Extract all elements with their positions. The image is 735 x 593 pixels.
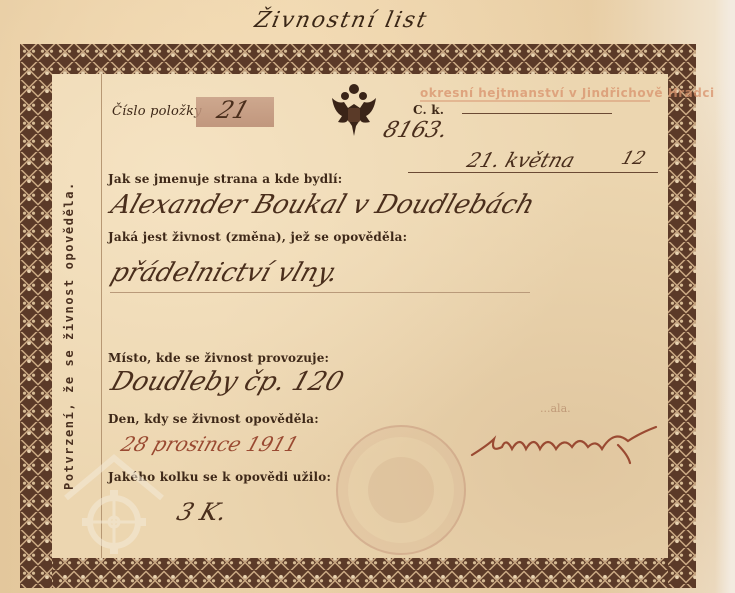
signature-scribble: [468, 425, 668, 470]
faint-print: ...ala.: [540, 402, 571, 415]
house-gear-watermark-icon: [62, 450, 172, 560]
frame-border-left: [20, 44, 52, 588]
office-stamp-text: okresní hejtmanství v Jindřichově Hradci: [420, 86, 650, 102]
frame-border-bottom: [20, 558, 696, 588]
place-value: Doudleby čp. 120: [107, 367, 347, 397]
margin-confirmation-text: Potvrzení, že se živnost opověděla.: [62, 181, 76, 490]
registry-number: 8163.: [380, 118, 451, 143]
registry-prefix: C. k.: [413, 103, 444, 117]
place-label: Místo, kde se živnost provozuje:: [108, 351, 329, 365]
trade-value: přádelnictví vlny.: [107, 258, 342, 288]
registry-date: 21. května: [464, 148, 578, 172]
official-seal: [336, 425, 466, 555]
seal-center: [368, 457, 434, 523]
header-handwritten-title: Živnostní list: [252, 8, 430, 33]
frame-border-top: [20, 44, 696, 74]
trade-rule: [110, 292, 530, 293]
double-headed-eagle-icon: [326, 82, 382, 140]
registry-rule: [462, 113, 612, 114]
page-edge: [715, 0, 735, 593]
stamp-duty-value: 3 K.: [173, 498, 231, 526]
item-number-label: Číslo položky: [112, 104, 202, 119]
date-registered-label: Den, kdy se živnost opověděla:: [108, 412, 319, 426]
trade-label: Jaká jest živnost (změna), jež se opověd…: [108, 230, 407, 244]
date-rule: [408, 172, 658, 173]
frame-border-right: [668, 44, 696, 588]
party-name-value: Alexander Boukal v Doudlebách: [107, 190, 538, 220]
party-name-label: Jak se jmenuje strana a kde bydlí:: [108, 172, 342, 186]
